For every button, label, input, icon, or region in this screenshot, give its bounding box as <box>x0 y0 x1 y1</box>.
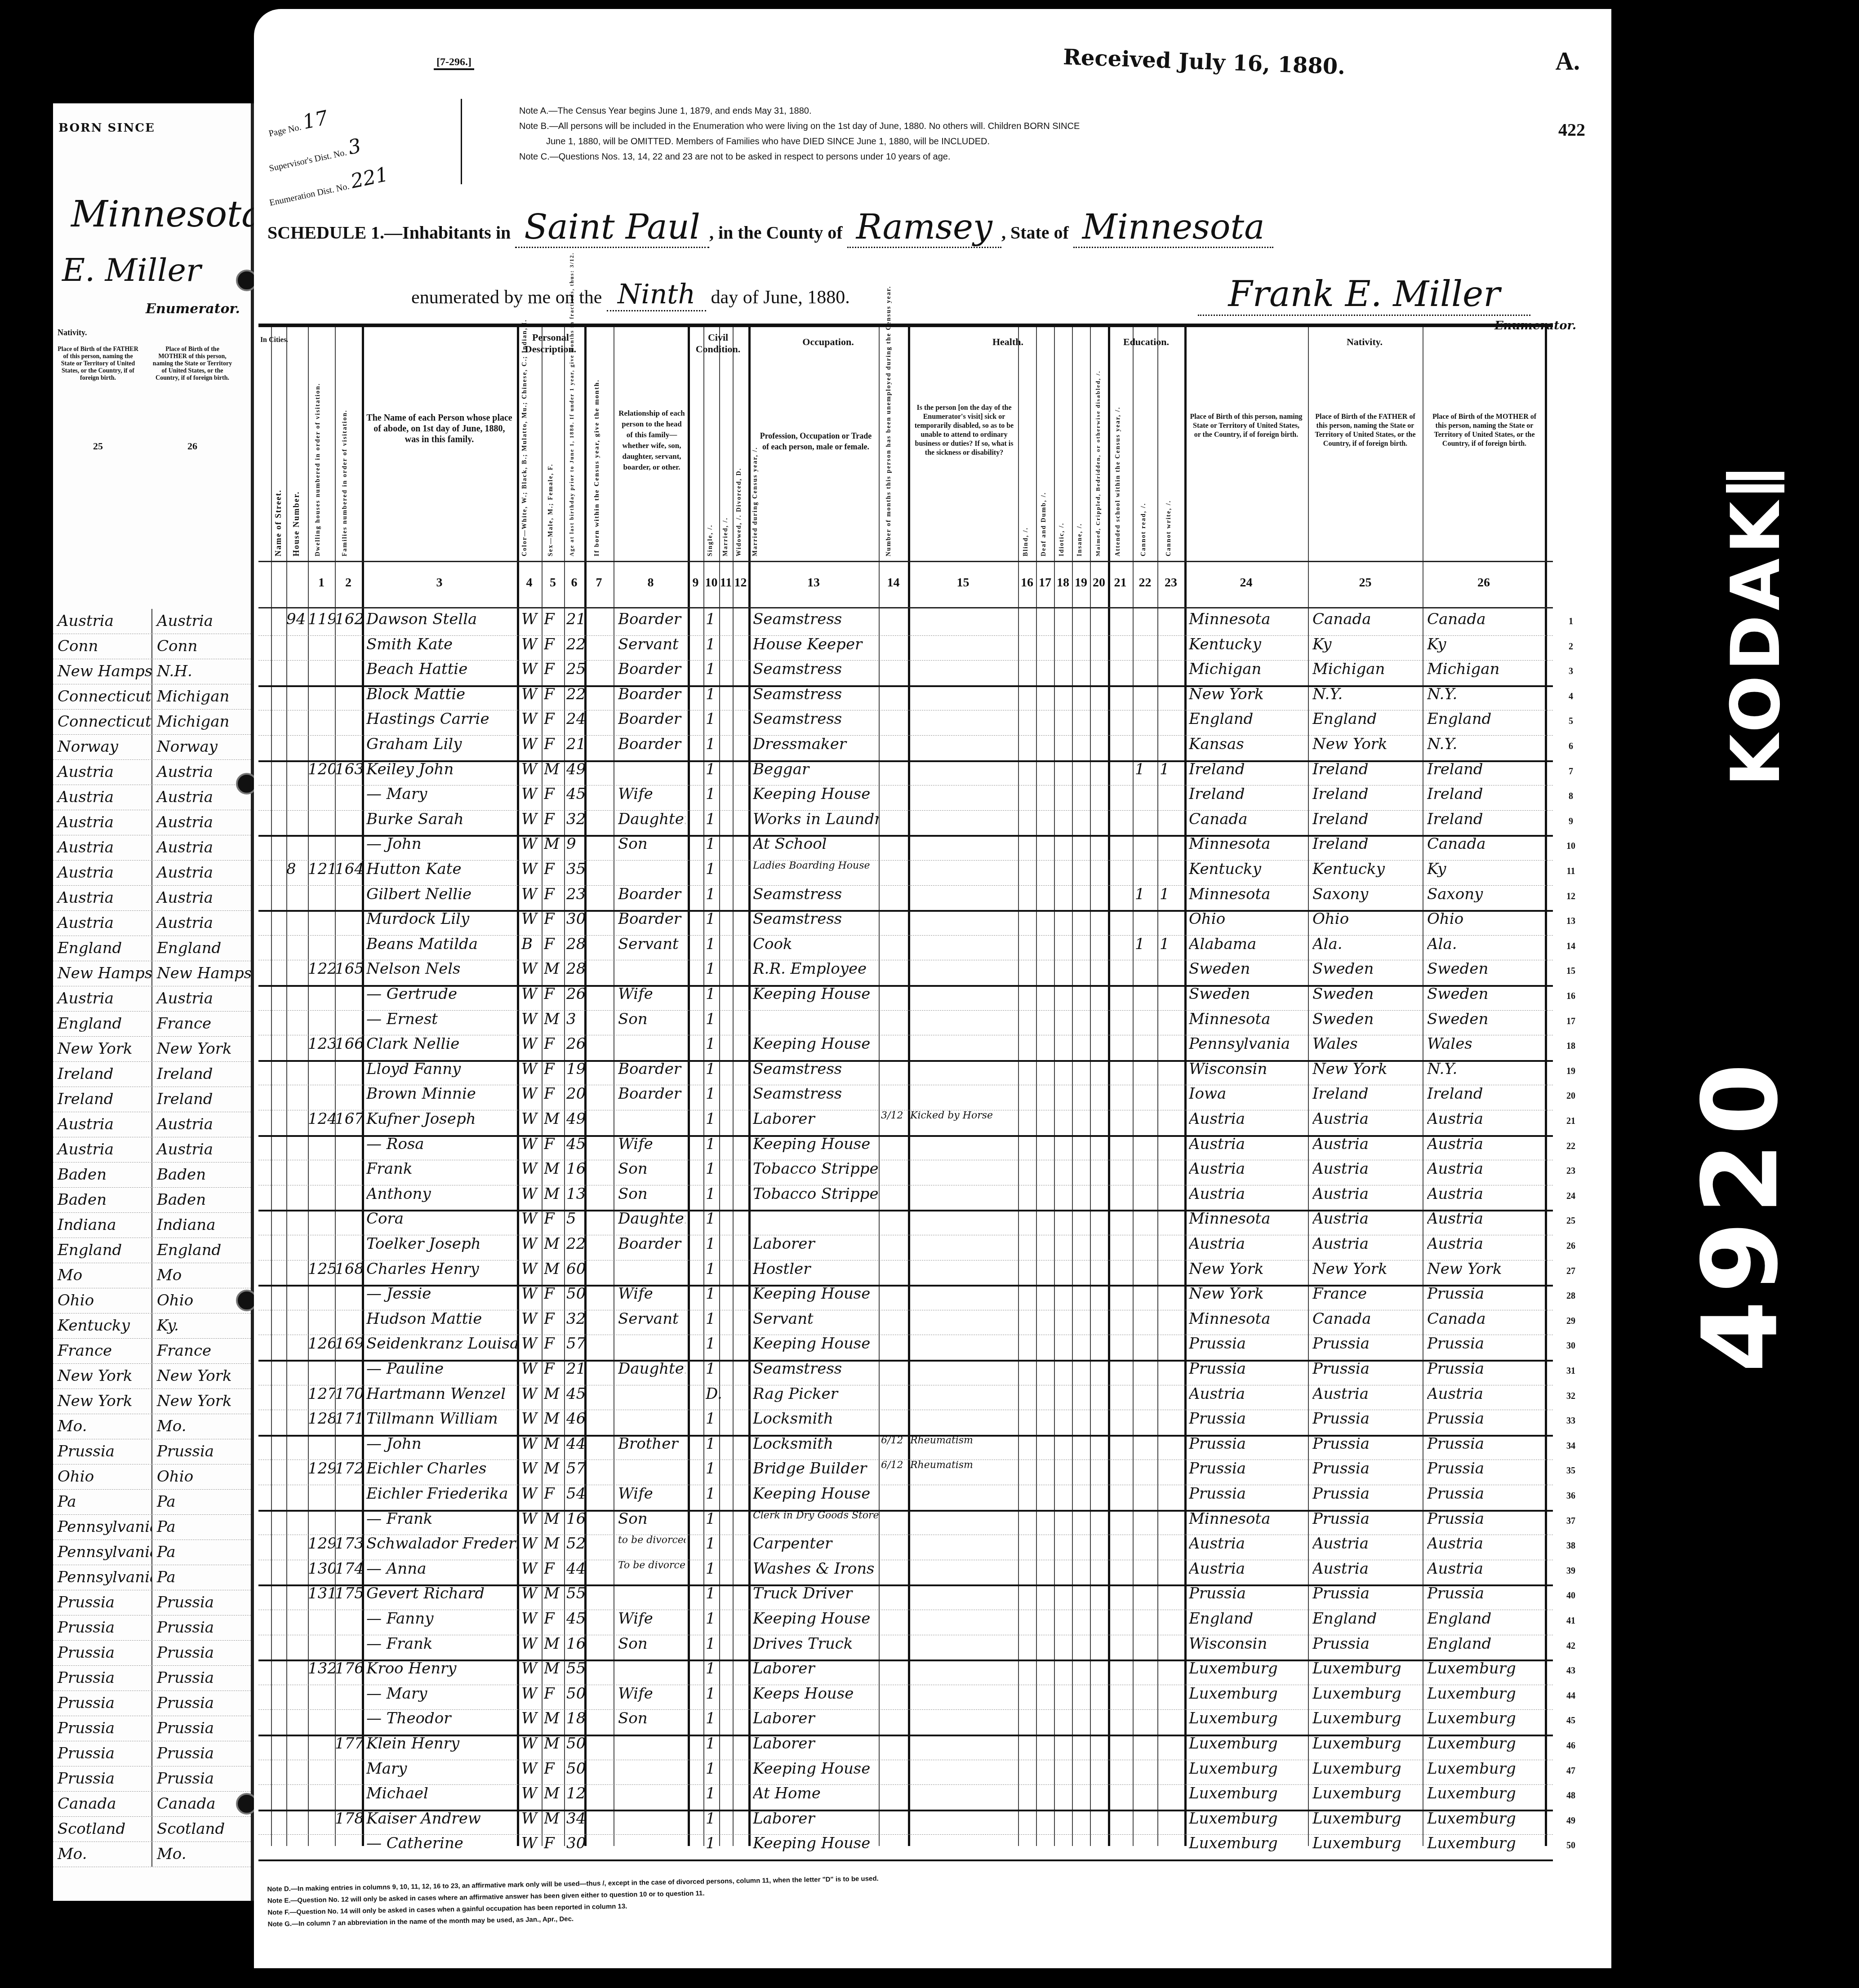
father-birthplace: Prussia <box>1312 1460 1420 1484</box>
color: W <box>521 1110 542 1135</box>
months-unemployed <box>881 1685 908 1709</box>
age: 60 <box>566 1260 584 1285</box>
relationship: Daughter <box>618 810 685 835</box>
father-birthplace: Prussia <box>1312 1360 1420 1384</box>
mother-birthplace: Pa <box>152 1540 251 1565</box>
dwelling-number <box>308 1784 335 1809</box>
supervisor-dist: Supervisor's Dist. No.3 <box>266 134 363 177</box>
state-field: Minnesota <box>1073 207 1274 248</box>
column-number: 9 <box>688 576 703 590</box>
person-name: Tillmann William <box>366 1410 517 1434</box>
cannot-write <box>1160 910 1182 935</box>
house-number <box>286 1085 308 1109</box>
months-unemployed <box>881 835 908 860</box>
family-number <box>335 1360 362 1384</box>
color: W <box>521 1385 542 1410</box>
sickness <box>910 1310 1018 1335</box>
occupation: Servant <box>753 1310 879 1335</box>
father-birthplace: Prussia <box>53 1590 152 1615</box>
age: 9 <box>566 835 584 860</box>
age: 45 <box>566 1610 584 1634</box>
house-number <box>286 1709 308 1734</box>
mother-birthplace: Conn <box>152 634 251 659</box>
civil-condition: 1 <box>706 635 733 660</box>
color: W <box>521 860 542 885</box>
color: W <box>521 1810 542 1834</box>
family-number <box>335 1210 362 1234</box>
age: 45 <box>566 1135 584 1160</box>
cannot-read <box>1135 1335 1157 1359</box>
age: 30 <box>566 910 584 935</box>
person-name: Gilbert Nellie <box>366 885 517 910</box>
months-unemployed <box>881 1510 908 1535</box>
relationship: Servant <box>618 1310 685 1335</box>
months-unemployed <box>881 1385 908 1410</box>
sex: F <box>544 810 564 835</box>
line-number: 30 <box>1562 1341 1580 1351</box>
hdr-birth-father: Place of Birth of the FATHER of this per… <box>1312 413 1418 448</box>
left-table-row: AustriaAustria <box>53 1112 251 1137</box>
mother-birthplace: Pa <box>152 1565 251 1590</box>
family-number <box>335 1760 362 1784</box>
form-id: [7-296.] <box>434 56 474 70</box>
house-number <box>286 1235 308 1260</box>
sex: F <box>544 935 564 960</box>
months-unemployed <box>881 1660 908 1684</box>
months-unemployed <box>881 1035 908 1060</box>
relationship: Boarder <box>618 885 685 910</box>
civil-condition: 1 <box>706 1285 733 1309</box>
occupation: Washes & Irons <box>753 1560 879 1584</box>
column-number: 3 <box>362 576 517 590</box>
sex: F <box>544 885 564 910</box>
left-table-row: PaPa <box>53 1490 251 1515</box>
person-name: Keiley John <box>366 760 517 785</box>
color: W <box>521 960 542 985</box>
table-row: Beach HattieWF25Boarder1SeamstressMichig… <box>258 660 1553 687</box>
cannot-write <box>1160 835 1182 860</box>
birthplace: Alabama <box>1189 935 1306 960</box>
house-number <box>286 1010 308 1035</box>
birthplace: Luxemburg <box>1189 1810 1306 1834</box>
column-number: 16 <box>1018 576 1036 590</box>
mother-birthplace: Michigan <box>1427 660 1543 685</box>
mother-birthplace: Ireland <box>1427 760 1543 785</box>
mother-birthplace: Prussia <box>1427 1584 1543 1609</box>
hdr-birth-self: Place of Birth of this person, naming St… <box>1189 413 1303 439</box>
person-name: Block Mattie <box>366 685 517 710</box>
months-unemployed <box>881 985 908 1010</box>
color: W <box>521 1010 542 1035</box>
table-row: 132176Kroo HenryWM551LaborerLuxemburgLux… <box>258 1660 1553 1685</box>
father-birthplace: Austria <box>1312 1210 1420 1234</box>
months-unemployed <box>881 1735 908 1759</box>
person-name: — Fanny <box>366 1610 517 1634</box>
father-birthplace: N.Y. <box>1312 685 1420 710</box>
dwelling-number <box>308 810 335 835</box>
father-birthplace: Ohio <box>1312 910 1420 935</box>
sex: F <box>544 1685 564 1709</box>
age: 13 <box>566 1185 584 1210</box>
cannot-read <box>1135 1210 1157 1234</box>
dwelling-number <box>308 1235 335 1260</box>
birthplace: Ohio <box>1189 910 1306 935</box>
mother-birthplace: Luxemburg <box>1427 1660 1543 1684</box>
cannot-write <box>1160 1010 1182 1035</box>
left-table-row: NorwayNorway <box>53 735 251 760</box>
father-birthplace: Mo. <box>53 1414 152 1439</box>
dwelling-number: 124 <box>308 1110 335 1135</box>
person-name: Dawson Stella <box>366 610 517 635</box>
person-name: Kaiser Andrew <box>366 1810 517 1834</box>
mother-birthplace: Prussia <box>152 1439 251 1464</box>
father-birthplace: Luxemburg <box>1312 1660 1420 1684</box>
mother-birthplace: Sweden <box>1427 960 1543 985</box>
line-number: 22 <box>1562 1141 1580 1152</box>
age: 16 <box>566 1160 584 1185</box>
county-field: Ramsey <box>847 207 1001 248</box>
hdr-house: House Number. <box>292 439 301 556</box>
table-row: MaryWF501Keeping HouseLuxemburgLuxemburg… <box>258 1760 1553 1785</box>
house-number <box>286 960 308 985</box>
age: 32 <box>566 1310 584 1335</box>
age: 3 <box>566 1010 584 1035</box>
relationship: Son <box>618 1010 685 1035</box>
column-number: 5 <box>542 576 564 590</box>
age: 25 <box>566 660 584 685</box>
age: 12 <box>566 1784 584 1809</box>
cannot-write <box>1160 785 1182 810</box>
cannot-write: 1 <box>1160 885 1182 910</box>
father-birthplace: Austria <box>53 886 152 910</box>
table-row: Graham LilyWF21Boarder1DressmakerKansasN… <box>258 735 1553 762</box>
months-unemployed <box>881 1085 908 1109</box>
cannot-write <box>1160 1135 1182 1160</box>
father-birthplace: Mo <box>53 1263 152 1288</box>
dwelling-number <box>308 985 335 1010</box>
mother-birthplace: Prussia <box>152 1641 251 1665</box>
person-name: Kroo Henry <box>366 1660 517 1684</box>
family-number <box>335 1235 362 1260</box>
civil-condition: 1 <box>706 710 733 735</box>
family-number: 168 <box>335 1260 362 1285</box>
civil-condition: 1 <box>706 1834 733 1859</box>
mother-birthplace: Ohio <box>1427 910 1543 935</box>
color: W <box>521 1435 542 1460</box>
cannot-read <box>1135 660 1157 685</box>
age: 28 <box>566 960 584 985</box>
color: W <box>521 1834 542 1859</box>
table-row: MichaelWM121At HomeLuxemburgLuxemburgLux… <box>258 1784 1553 1811</box>
sickness <box>910 1035 1018 1060</box>
father-birthplace: Scotland <box>53 1817 152 1842</box>
line-number: 6 <box>1562 741 1580 752</box>
cannot-write <box>1160 660 1182 685</box>
sex: M <box>544 1385 564 1410</box>
mother-birthplace: Austria <box>1427 1160 1543 1185</box>
cannot-read <box>1135 1685 1157 1709</box>
cannot-write <box>1160 1510 1182 1535</box>
relationship: Son <box>618 1635 685 1660</box>
sickness <box>910 1135 1018 1160</box>
civil-condition: 1 <box>706 985 733 1010</box>
months-unemployed <box>881 1610 908 1634</box>
civil-condition: 1 <box>706 1160 733 1185</box>
birthplace: Kentucky <box>1189 635 1306 660</box>
occupation: Tobacco Stripper <box>753 1185 879 1210</box>
sex: F <box>544 1285 564 1309</box>
table-row: 129172Eichler CharlesWM571Bridge Builder… <box>258 1460 1553 1485</box>
birthplace: Minnesota <box>1189 610 1306 635</box>
father-birthplace: Kentucky <box>53 1313 152 1338</box>
dwelling-number: 127 <box>308 1385 335 1410</box>
age: 23 <box>566 885 584 910</box>
cannot-write: 1 <box>1160 760 1182 785</box>
occupation: Keeping House <box>753 1335 879 1359</box>
age: 21 <box>566 735 584 760</box>
column-number: 21 <box>1108 576 1133 590</box>
table-row: — MaryWF50Wife1Keeps HouseLuxemburgLuxem… <box>258 1685 1553 1710</box>
hdr-color: Color—White, W.; Black, B.; Mulatto, Mu.… <box>521 354 529 556</box>
age: 49 <box>566 760 584 785</box>
sickness <box>910 1360 1018 1384</box>
house-number <box>286 1784 308 1809</box>
mother-birthplace: Mo. <box>152 1842 251 1867</box>
father-birthplace: Austria <box>53 861 152 885</box>
left-table-row: ScotlandScotland <box>53 1817 251 1842</box>
relationship <box>618 1760 685 1784</box>
table-row: 124167Kufner JosephWM491Laborer3/12Kicke… <box>258 1110 1553 1137</box>
color: W <box>521 885 542 910</box>
sex: M <box>544 1784 564 1809</box>
relationship: Son <box>618 835 685 860</box>
relationship: Wife <box>618 1610 685 1634</box>
cannot-read <box>1135 1285 1157 1309</box>
hdr-relationship: Relationship of each person to the head … <box>618 408 685 473</box>
left-table-row: New HampshireNew Hampshire <box>53 961 251 986</box>
age: 54 <box>566 1485 584 1509</box>
table-row: 127170Hartmann WenzelWM45D.Rag PickerAus… <box>258 1385 1553 1411</box>
relationship <box>618 1834 685 1859</box>
relationship: To be divorced <box>618 1560 685 1584</box>
line-number: 9 <box>1562 816 1580 827</box>
sickness <box>910 1485 1018 1509</box>
line-number: 10 <box>1562 841 1580 852</box>
mother-birthplace: Austria <box>1427 1385 1543 1410</box>
age: 16 <box>566 1635 584 1660</box>
birthplace: Austria <box>1189 1385 1306 1410</box>
occupation: Laborer <box>753 1110 879 1135</box>
cannot-write <box>1160 1485 1182 1509</box>
column-number: 11 <box>719 576 733 590</box>
family-number <box>335 1635 362 1660</box>
father-birthplace: New York <box>1312 1060 1420 1085</box>
left-table-row: New HampshireN.H. <box>53 659 251 684</box>
occupation: At School <box>753 835 879 860</box>
note-b-cont: June 1, 1880, will be OMITTED. Members o… <box>519 134 1485 149</box>
cannot-read <box>1135 1834 1157 1859</box>
cannot-read <box>1135 1535 1157 1559</box>
family-number: 169 <box>335 1335 362 1359</box>
family-number: 170 <box>335 1385 362 1410</box>
civil-condition: 1 <box>706 1185 733 1210</box>
occupation: Keeping House <box>753 1035 879 1060</box>
person-name: Lloyd Fanny <box>366 1060 517 1085</box>
father-birthplace: Ohio <box>53 1288 152 1313</box>
father-birthplace: Ireland <box>1312 785 1420 810</box>
line-number: 50 <box>1562 1841 1580 1851</box>
mother-birthplace: Austria <box>152 835 251 860</box>
relationship: Boarder <box>618 910 685 935</box>
cannot-read <box>1135 1635 1157 1660</box>
mother-birthplace: Prussia <box>1427 1410 1543 1434</box>
father-birthplace: Connecticut <box>53 710 152 734</box>
months-unemployed <box>881 1335 908 1359</box>
relationship: Daughter <box>618 1210 685 1234</box>
birthplace: Kentucky <box>1189 860 1306 885</box>
person-name: Smith Kate <box>366 635 517 660</box>
occupation: Laborer <box>753 1735 879 1759</box>
occupation: Laborer <box>753 1660 879 1684</box>
dwelling-number: 129 <box>308 1460 335 1484</box>
occupation: Keeps House <box>753 1685 879 1709</box>
mother-birthplace: Prussia <box>152 1615 251 1640</box>
census-page: [7-296.] Received July 16, 1880. A. 422 … <box>254 9 1611 1968</box>
person-name: Burke Sarah <box>366 810 517 835</box>
father-birthplace: Luxemburg <box>1312 1834 1420 1859</box>
table-row: Hudson MattieWF32Servant1ServantMinnesot… <box>258 1310 1553 1336</box>
birthplace: Prussia <box>1189 1584 1306 1609</box>
person-name: Eichler Charles <box>366 1460 517 1484</box>
birthplace: Luxemburg <box>1189 1685 1306 1709</box>
months-unemployed <box>881 1210 908 1234</box>
mother-birthplace: New York <box>152 1389 251 1414</box>
left-table-row: MoMo <box>53 1263 251 1288</box>
family-number <box>335 710 362 735</box>
birthplace: Minnesota <box>1189 1310 1306 1335</box>
months-unemployed <box>881 1810 908 1834</box>
color: W <box>521 1610 542 1634</box>
occupation: Seamstress <box>753 660 879 685</box>
family-number: 172 <box>335 1460 362 1484</box>
mother-birthplace: Pa <box>152 1515 251 1540</box>
father-birthplace: Prussia <box>1312 1435 1420 1460</box>
film-marks <box>1726 472 1784 493</box>
mother-birthplace: Austria <box>152 911 251 936</box>
house-number <box>286 1460 308 1484</box>
left-table-row: BadenBaden <box>53 1163 251 1188</box>
line-number: 49 <box>1562 1816 1580 1826</box>
house-number <box>286 1110 308 1135</box>
dwelling-number <box>308 635 335 660</box>
father-birthplace: England <box>1312 1610 1420 1634</box>
color: W <box>521 1285 542 1309</box>
sex: F <box>544 1610 564 1634</box>
cannot-write <box>1160 1385 1182 1410</box>
mother-birthplace: Austria <box>1427 1210 1543 1234</box>
father-birthplace: Prussia <box>53 1716 152 1741</box>
mother-birthplace: Mo. <box>152 1414 251 1439</box>
column-number: 23 <box>1157 576 1184 590</box>
civil-condition: 1 <box>706 1310 733 1335</box>
left-table-row: AustriaAustria <box>53 861 251 886</box>
cannot-read <box>1135 1310 1157 1335</box>
father-birthplace: England <box>53 1012 152 1036</box>
age: 35 <box>566 860 584 885</box>
hdr-name: The Name of each Person whose place of a… <box>366 413 512 445</box>
father-birthplace: France <box>1312 1285 1420 1309</box>
occupation: Seamstress <box>753 1360 879 1384</box>
hdr-idiotic: Idiotic, /. <box>1058 493 1066 556</box>
column-number: 2 <box>335 576 362 590</box>
cannot-write <box>1160 1260 1182 1285</box>
left-table-row: ConnConn <box>53 634 251 659</box>
line-number: 45 <box>1562 1716 1580 1726</box>
person-name: Frank <box>366 1160 517 1185</box>
table-row: 131175Gevert RichardWM551Truck DriverPru… <box>258 1584 1553 1610</box>
header-notes: Note A.—The Census Year begins June 1, 1… <box>519 103 1485 164</box>
father-birthplace: Prussia <box>53 1666 152 1691</box>
father-birthplace: Baden <box>53 1163 152 1187</box>
family-number <box>335 1010 362 1035</box>
house-number <box>286 1485 308 1509</box>
months-unemployed <box>881 1635 908 1660</box>
person-name: — John <box>366 835 517 860</box>
schedule-line: SCHEDULE 1.—Inhabitants in Saint Paul, i… <box>267 207 1273 248</box>
family-number <box>335 810 362 835</box>
mother-birthplace: Austria <box>152 886 251 910</box>
left-table-row: PennsylvaniaPa <box>53 1540 251 1565</box>
color: W <box>521 1210 542 1234</box>
mother-birthplace: Austria <box>152 785 251 810</box>
mother-birthplace: New York <box>152 1037 251 1061</box>
color: W <box>521 1260 542 1285</box>
cannot-read <box>1135 1610 1157 1634</box>
dwelling-number <box>308 1635 335 1660</box>
father-birthplace: Austria <box>1312 1535 1420 1559</box>
column-number: 19 <box>1072 576 1090 590</box>
birthplace: Prussia <box>1189 1435 1306 1460</box>
relationship: Wife <box>618 1135 685 1160</box>
color: W <box>521 1784 542 1809</box>
sex: F <box>544 1360 564 1384</box>
dwelling-number <box>308 910 335 935</box>
father-birthplace: Luxemburg <box>1312 1735 1420 1759</box>
birthplace: Luxemburg <box>1189 1660 1306 1684</box>
house-number <box>286 1735 308 1759</box>
color: W <box>521 1235 542 1260</box>
sickness <box>910 1260 1018 1285</box>
house-number <box>286 1535 308 1559</box>
mother-birthplace: Austria <box>152 810 251 835</box>
sex: M <box>544 1584 564 1609</box>
father-birthplace: New Hampshire <box>53 659 152 684</box>
occupation: Keeping House <box>753 1285 879 1309</box>
relationship: to be divorced <box>618 1535 685 1559</box>
bracket <box>461 99 464 184</box>
dwelling-number <box>308 1060 335 1085</box>
birthplace: Wisconsin <box>1189 1060 1306 1085</box>
age: 5 <box>566 1210 584 1234</box>
line-number: 48 <box>1562 1791 1580 1801</box>
sickness <box>910 760 1018 785</box>
relationship: Daughter <box>618 1360 685 1384</box>
person-name: Klein Henry <box>366 1735 517 1759</box>
age: 50 <box>566 1735 584 1759</box>
dwelling-number: 119 <box>308 610 335 635</box>
line-number: 28 <box>1562 1291 1580 1301</box>
sickness <box>910 635 1018 660</box>
